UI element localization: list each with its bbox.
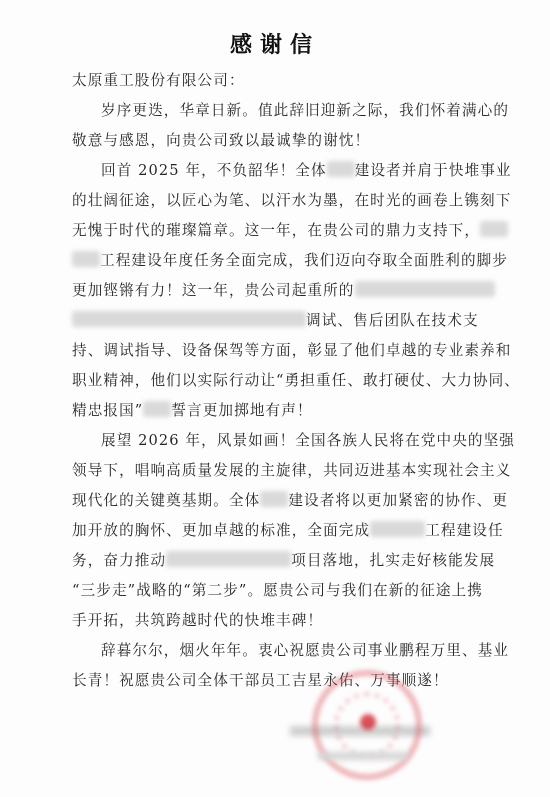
letter-line: 持、调试指导、设备保驾等方面，彰显了他们卓越的专业素养和	[72, 336, 456, 366]
redacted-text	[480, 221, 508, 237]
line-text: 更加铿锵有力！这一年，贵公司起重所的	[72, 282, 355, 299]
line-text: “三步走”战略的“第二步”。愿贵公司与我们在新的征途上携	[72, 582, 483, 599]
line-text: 持、调试指导、设备保驾等方面，彰显了他们卓越的专业素养和	[72, 342, 511, 359]
letter-line: 回首 2025 年，不负韶华！全体建设者并肩于快堆事业	[72, 156, 456, 186]
redacted-text	[370, 521, 425, 537]
redacted-text	[327, 161, 355, 177]
salutation: 太原重工股份有限公司：	[72, 66, 456, 96]
line-text: 工程建设任	[425, 522, 503, 539]
line-text: 精忠报国”	[72, 402, 143, 419]
letter-line: 敬意与感恩，向贵公司致以最诚挚的谢忱！	[72, 126, 456, 156]
letter-title: 感谢信	[0, 28, 550, 59]
letter-line: 工程建设年度任务全面完成，我们迈向夺取全面胜利的脚步	[72, 246, 456, 276]
letter-line: 务，奋力推动项目落地，扎实走好核能发展	[72, 546, 456, 576]
letter-line: 现代化的关键奠基期。全体建设者将以更加紧密的协作、更	[72, 486, 456, 516]
official-seal-icon	[312, 670, 422, 780]
letter-line: 展望 2026 年，风景如画！全国各族人民将在党中央的坚强	[72, 426, 456, 456]
letter-line: 更加铿锵有力！这一年，贵公司起重所的	[72, 276, 456, 306]
line-text: 职业精神，他们以实际行动让“勇担重任、敢打硬仗、大力协同、	[72, 372, 520, 389]
line-text: 展望 2026 年，风景如画！全国各族人民将在党中央的坚强	[101, 432, 515, 449]
line-text: 回首 2025 年，不负韶华！全体	[101, 162, 327, 179]
line-text: 敬意与感恩，向贵公司致以最诚挚的谢忱！	[72, 132, 370, 149]
letter-line: 精忠报国”誓言更加掷地有声！	[72, 396, 456, 426]
line-text: 建设者将以更加紧密的协作、更	[288, 492, 508, 509]
redacted-text	[355, 281, 495, 297]
line-text: 手开拓，共筑跨越时代的快堆丰碑！	[72, 612, 323, 629]
letter-line: 职业精神，他们以实际行动让“勇担重任、敢打硬仗、大力协同、	[72, 366, 456, 396]
letter-line: 加开放的胸怀、更加卓越的标准，全面完成工程建设任	[72, 516, 456, 546]
letter-line: 岁序更迭，华章日新。值此辞旧迎新之际，我们怀着满心的	[72, 96, 456, 126]
redacted-text	[72, 251, 100, 267]
redacted-text	[143, 401, 171, 417]
redacted-text	[72, 311, 306, 327]
letter-line: 辞暮尔尔，烟火年年。衷心祝愿贵公司事业鹏程万里、基业	[72, 636, 456, 666]
line-text: 现代化的关键奠基期。全体	[72, 492, 260, 509]
line-text: 的壮阔征途，以匠心为笔、以汗水为墨，在时光的画卷上镌刻下	[72, 192, 511, 209]
letter-page: 感谢信 太原重工股份有限公司： 岁序更迭，华章日新。值此辞旧迎新之际，我们怀着满…	[0, 0, 550, 797]
line-text: 誓言更加掷地有声！	[171, 402, 312, 419]
line-text: 无愧于时代的璀璨篇章。这一年，在贵公司的鼎力支持下，	[72, 222, 480, 239]
letter-line: 的壮阔征途，以匠心为笔、以汗水为墨，在时光的画卷上镌刻下	[72, 186, 456, 216]
line-text: 项目落地，扎实走好核能发展	[291, 552, 495, 569]
line-text: 辞暮尔尔，烟火年年。衷心祝愿贵公司事业鹏程万里、基业	[101, 642, 509, 659]
redacted-text	[166, 551, 291, 567]
line-text: 工程建设年度任务全面完成，我们迈向夺取全面胜利的脚步	[100, 252, 508, 269]
letter-line: 无愧于时代的璀璨篇章。这一年，在贵公司的鼎力支持下，	[72, 216, 456, 246]
letter-line: 调试、售后团队在技术支	[72, 306, 456, 336]
letter-paragraphs: 岁序更迭，华章日新。值此辞旧迎新之际，我们怀着满心的敬意与感恩，向贵公司致以最诚…	[72, 96, 456, 696]
line-text: 调试、售后团队在技术支	[306, 312, 479, 329]
line-text: 务，奋力推动	[72, 552, 166, 569]
letter-line: “三步走”战略的“第二步”。愿贵公司与我们在新的征途上携	[72, 576, 456, 606]
line-text: 岁序更迭，华章日新。值此辞旧迎新之际，我们怀着满心的	[101, 102, 509, 119]
redacted-text	[260, 491, 288, 507]
line-text: 建设者并肩于快堆事业	[355, 162, 512, 179]
redacted-date	[318, 752, 408, 760]
line-text: 领导下，唱响高质量发展的主旋律，共同迈进基本实现社会主义	[72, 462, 511, 479]
letter-body: 太原重工股份有限公司： 岁序更迭，华章日新。值此辞旧迎新之际，我们怀着满心的敬意…	[72, 66, 456, 696]
line-text: 加开放的胸怀、更加卓越的标准，全面完成	[72, 522, 370, 539]
letter-line: 手开拓，共筑跨越时代的快堆丰碑！	[72, 606, 456, 636]
letter-line: 领导下，唱响高质量发展的主旋律，共同迈进基本实现社会主义	[72, 456, 456, 486]
seal-star-icon	[360, 714, 376, 730]
